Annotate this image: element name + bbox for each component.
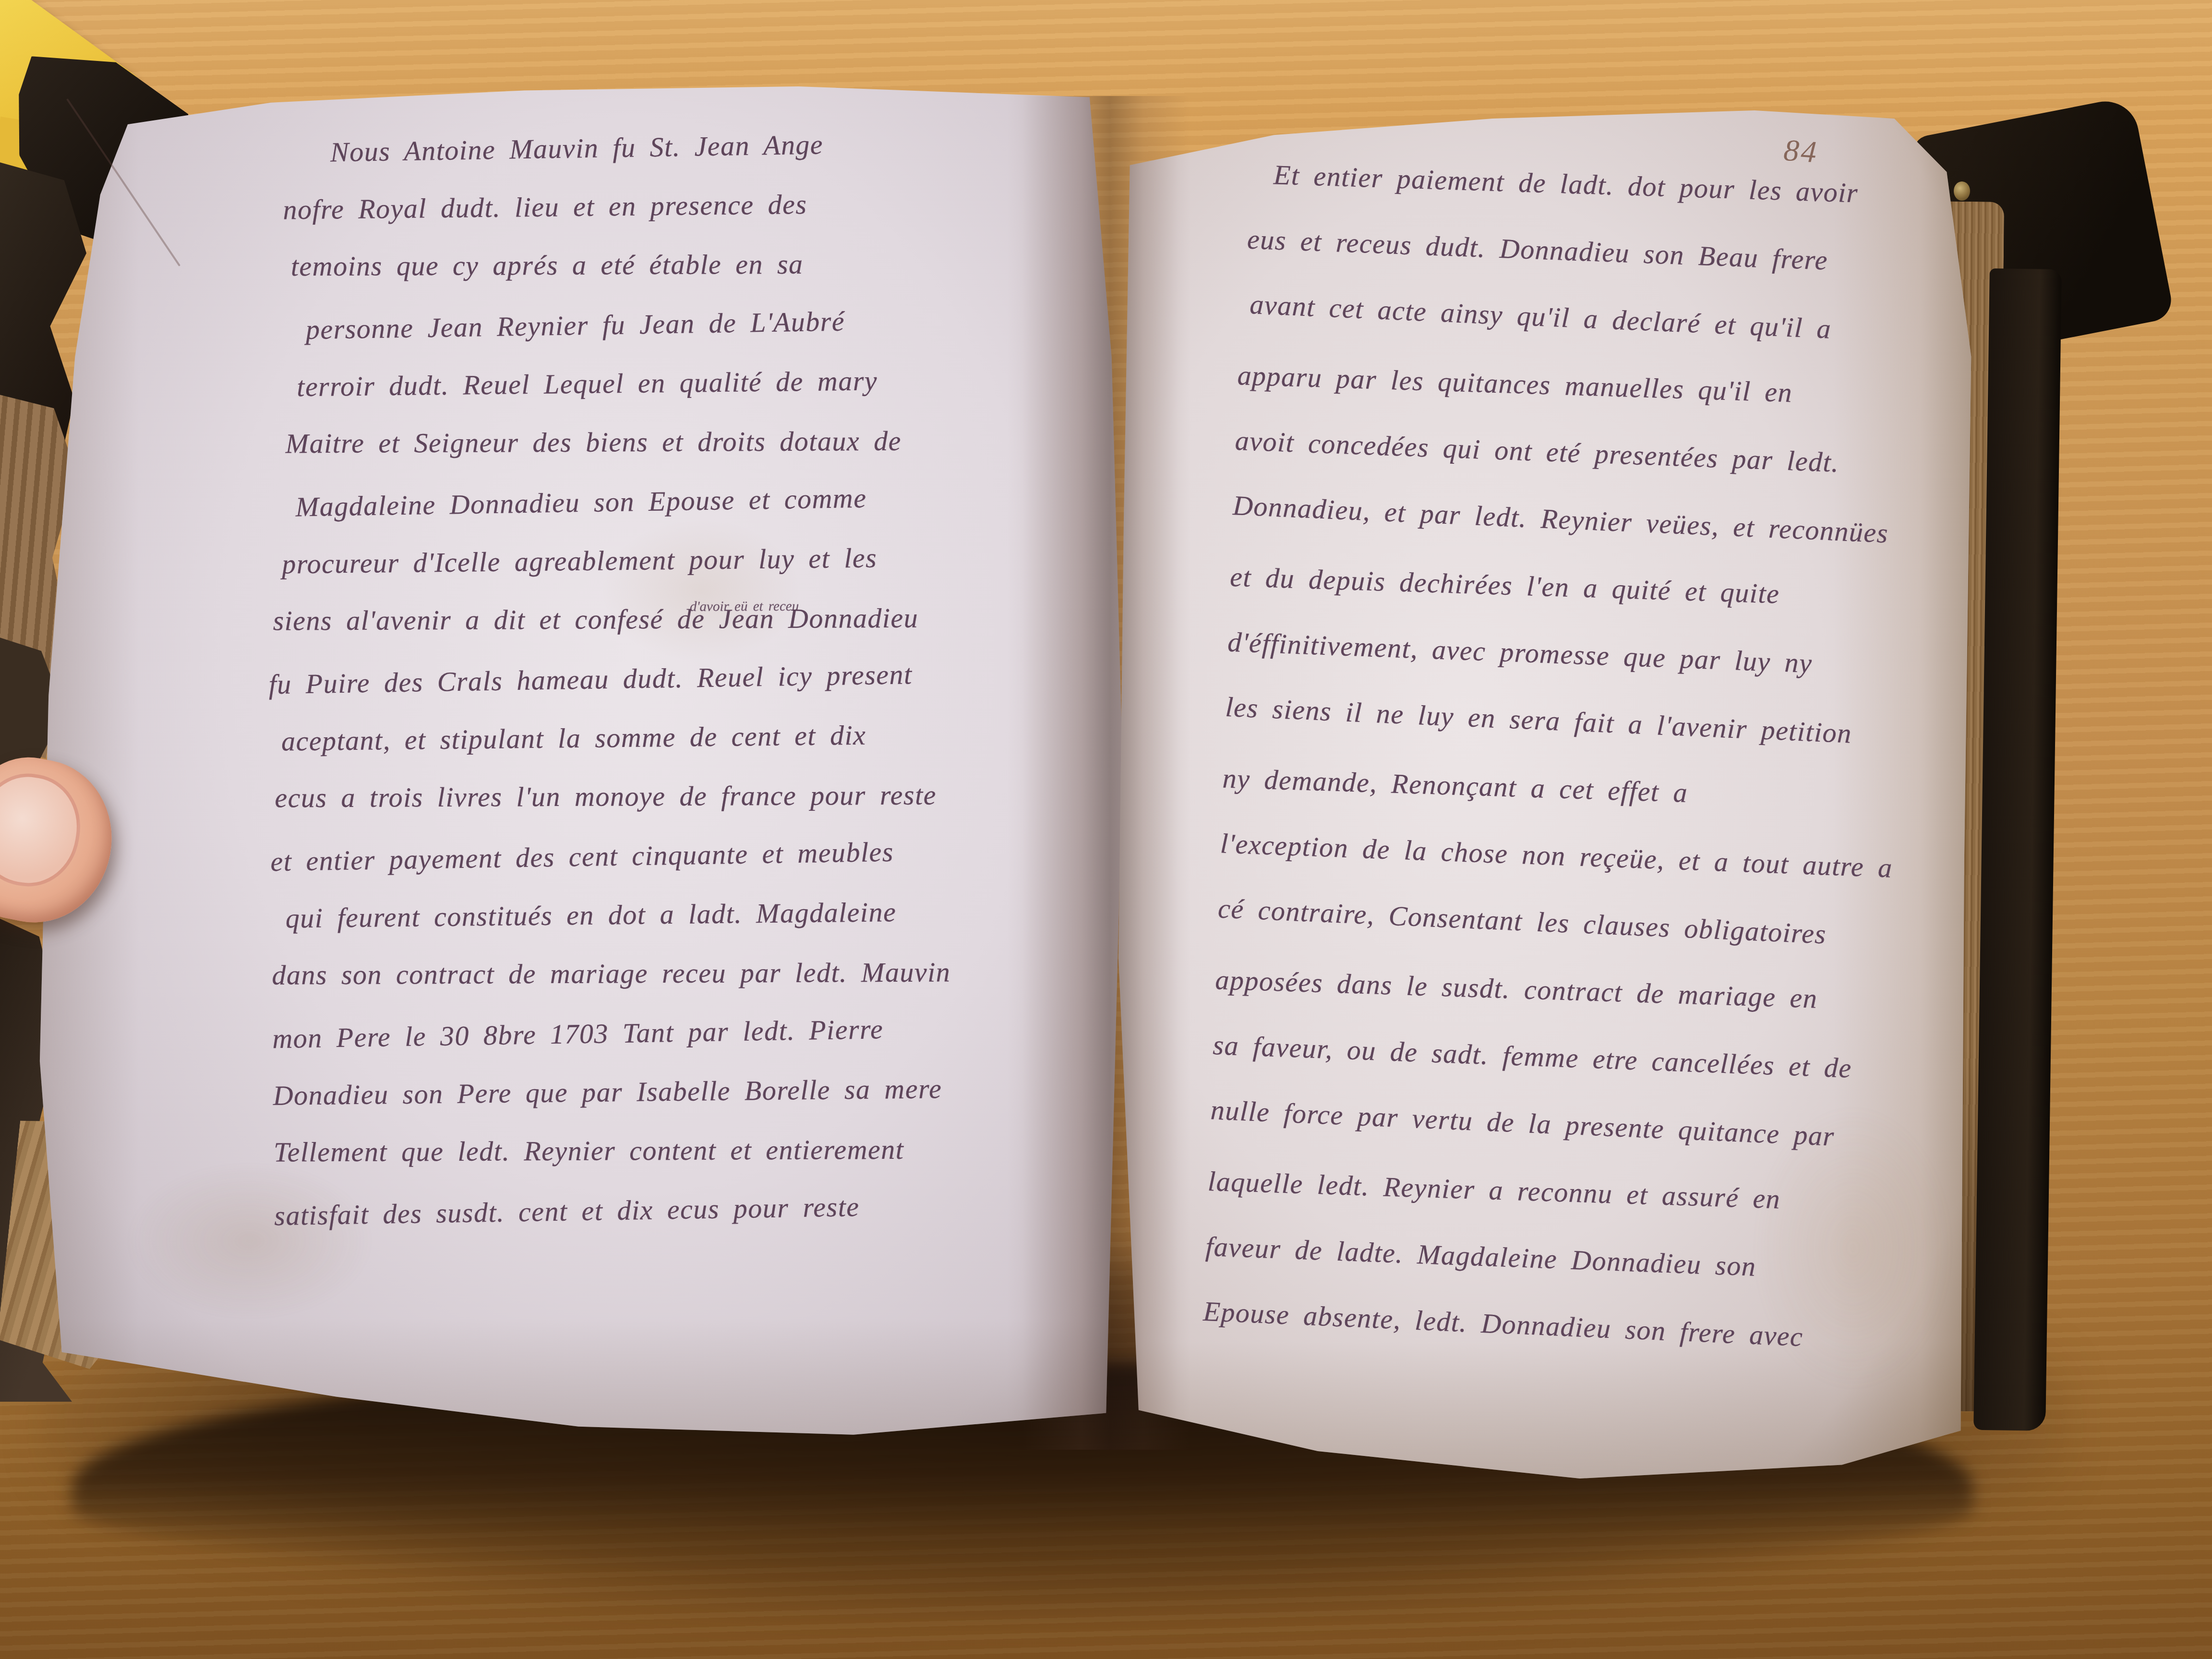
manuscript-line: Nous Antoine Mauvin fu St. Jean Ange: [330, 124, 1070, 195]
manuscript-line: Donadieu son Pere que par Isabelle Borel…: [273, 1071, 1080, 1139]
interlinear-insertion: d'avoir eü et receu: [690, 599, 799, 615]
manuscript-line: qui feurent constitués en dot a ladt. Ma…: [286, 894, 1078, 961]
manuscript-line: mon Pere le 30 8bre 1703 Tant par ledt. …: [272, 1010, 1080, 1082]
manuscript-line: temoins que cy aprés a eté étable en sa: [291, 247, 1071, 309]
manuscript-line: nofre Royal dudt. lieu et en presence de…: [283, 185, 1070, 252]
manuscript-line: siens al'avenir a dit et confesé de Jean…: [273, 601, 1075, 663]
manuscript-line: procureur d'Icelle agreablement pour luy…: [282, 540, 1074, 607]
manuscript-line: ecus a trois livres l'un monoye de franc…: [275, 778, 1077, 841]
manuscript-line: Maitre et Seigneur des biens et droits d…: [286, 424, 1073, 486]
manuscript-line: satisfait des susdt. cent et dix ecus po…: [274, 1187, 1082, 1259]
right-page-manuscript-text: Et entier paiement de ladt. dot pour les…: [1201, 156, 1994, 1392]
folio-page-number: 84: [1783, 132, 1820, 170]
manuscript-line: dans son contract de mariage receu par l…: [272, 955, 1079, 1018]
manuscript-line: aceptant, et stipulant la somme de cent …: [281, 717, 1076, 784]
manuscript-line: personne Jean Reynier fu Jean de L'Aubré: [305, 301, 1072, 373]
photo-of-open-manuscript-book: { "scene": { "page_number": "84" }, "sti…: [0, 0, 2212, 1659]
manuscript-line: Tellement que ledt. Reynier content et e…: [274, 1132, 1081, 1195]
manuscript-line: et entier payement des cent cinquante et…: [270, 833, 1078, 904]
left-page-manuscript-text: Nous Antoine Mauvin fu St. Jean Angenofr…: [263, 126, 1081, 1256]
manuscript-line: fu Puire des Crals hameau dudt. Reuel ic…: [268, 656, 1076, 727]
manuscript-line: Magdaleine Donnadieu son Epouse et comme: [295, 479, 1074, 550]
manuscript-line: terroir dudt. Reuel Lequel en qualité de…: [297, 362, 1072, 430]
